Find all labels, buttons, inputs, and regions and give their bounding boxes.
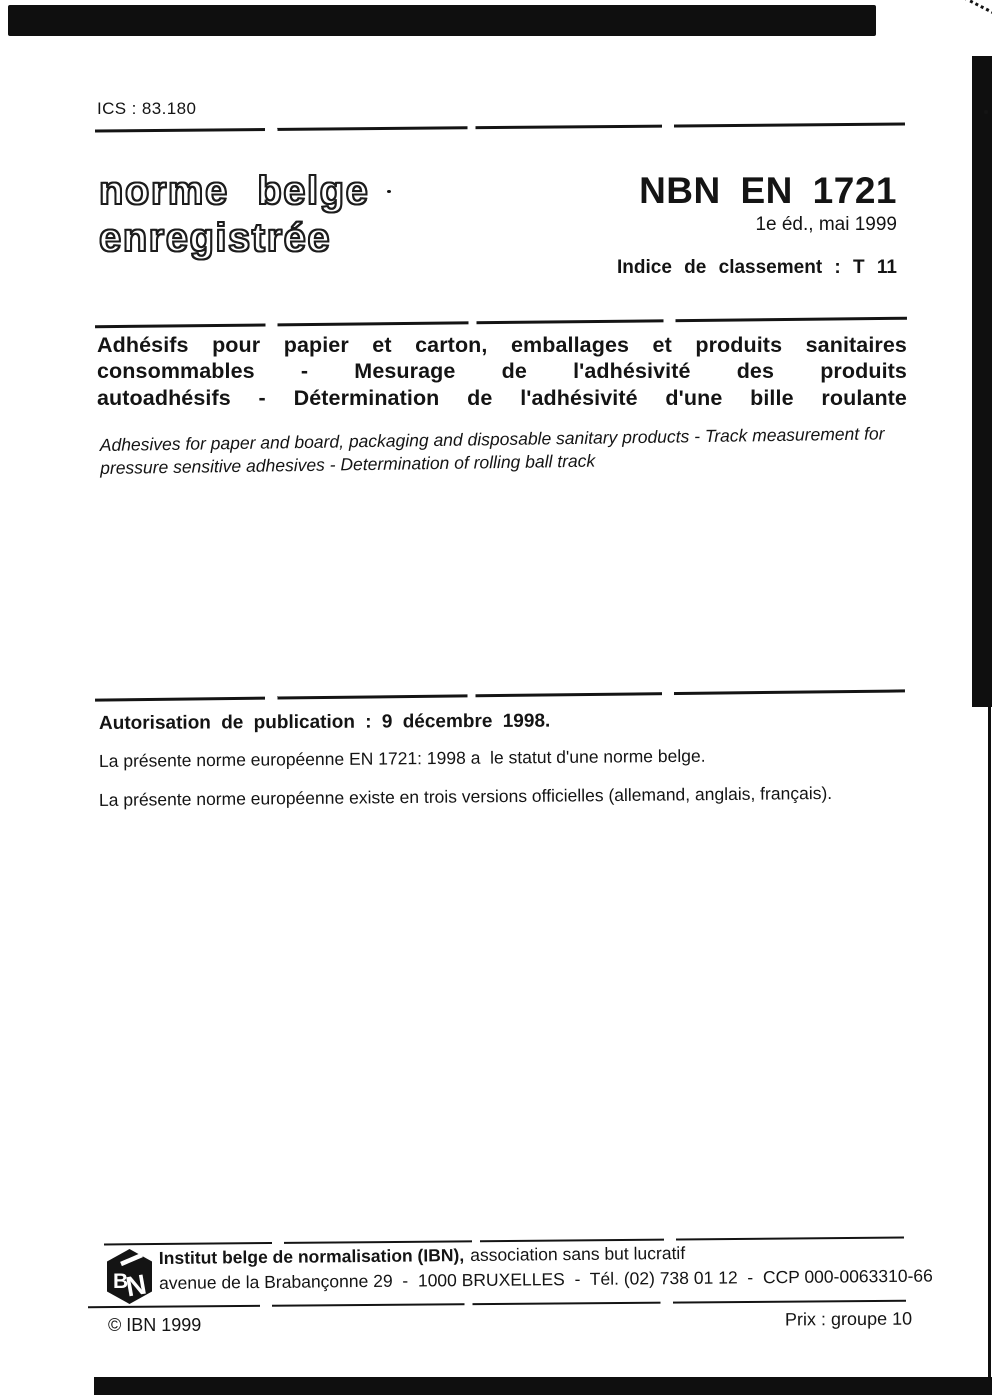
- ibn-logo: B N: [106, 1248, 153, 1305]
- institute-info: Institut belge de normalisation (IBN),as…: [159, 1242, 933, 1293]
- title-english: Adhesives for paper and board, packaging…: [100, 422, 921, 479]
- footer-rule-bottom: [88, 1300, 906, 1308]
- scan-speck: [387, 190, 391, 193]
- versions-note: La présente norme européenne existe en t…: [99, 783, 832, 811]
- authorization-line: Autorisation de publication : 9 décembre…: [99, 711, 550, 735]
- title-fr-line-2: consommables - Mesurage de l'adhésivité …: [97, 358, 907, 384]
- title-fr-line-3: autoadhésifs - Détermination de l'adhési…: [97, 385, 907, 411]
- institute-address: avenue de la Brabançonne 29 - 1000 BRUXE…: [159, 1267, 933, 1293]
- title-fr-line-1: Adhésifs pour papier et carton, emballag…: [97, 332, 907, 358]
- institute-descriptor: association sans but lucratif: [470, 1243, 685, 1265]
- institute-name-line: Institut belge de normalisation (IBN),as…: [159, 1242, 933, 1268]
- scan-speck: [984, 110, 988, 114]
- copyright-notice: © IBN 1999: [108, 1315, 201, 1336]
- header-rule: [95, 122, 905, 132]
- norme-belge-stamp: norme belge enregistrée: [99, 168, 369, 262]
- institute-name: Institut belge de normalisation (IBN),: [159, 1245, 464, 1268]
- scan-line-right-edge: [988, 317, 991, 1395]
- document-page: ICS : 83.180 norme belge enregistrée NBN…: [0, 0, 992, 1395]
- classification-index: Indice de classement : T 11: [617, 257, 897, 279]
- scan-bar-top: [8, 5, 876, 36]
- status-note: La présente norme européenne EN 1721: 19…: [99, 746, 706, 772]
- ics-code: ICS : 83.180: [97, 99, 196, 119]
- scan-corner-squiggle: [963, 0, 992, 15]
- stamp-line-1: norme belge: [99, 168, 369, 215]
- edition-date: 1e éd., mai 1999: [617, 214, 897, 236]
- scan-bar-bottom: [94, 1377, 992, 1395]
- standard-number: NBN EN 1721: [617, 172, 897, 210]
- standard-reference-block: NBN EN 1721 1e éd., mai 1999 Indice de c…: [617, 172, 897, 279]
- title-rule: [95, 317, 907, 329]
- title-french: Adhésifs pour papier et carton, emballag…: [97, 332, 907, 411]
- stamp-line-2: enregistrée: [99, 215, 369, 262]
- authorization-rule: [95, 689, 905, 701]
- price-group: Prix : groupe 10: [785, 1309, 912, 1331]
